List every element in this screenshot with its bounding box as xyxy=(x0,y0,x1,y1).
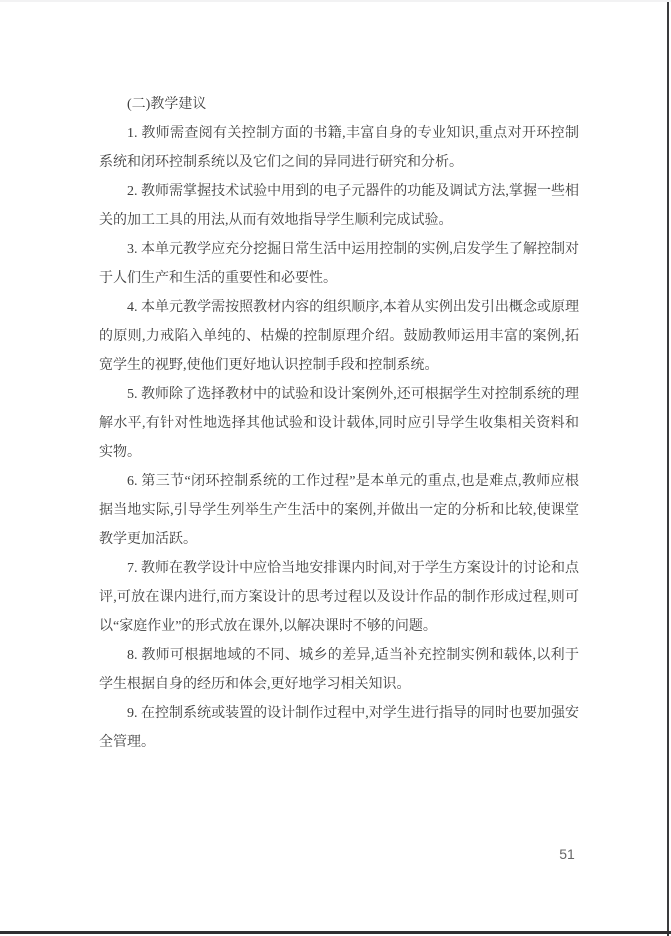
scan-edge-bottom xyxy=(0,931,671,934)
page-number: 51 xyxy=(553,846,581,862)
text-block: (二)教学建议 1. 教师需查阅有关控制方面的书籍,丰富自身的专业知识,重点对开… xyxy=(99,90,579,757)
paragraph: 2. 教师需掌握技术试验中用到的电子元器件的功能及调试方法,掌握一些相关的加工工… xyxy=(99,177,579,235)
paragraph-list: 1. 教师需查阅有关控制方面的书籍,丰富自身的专业知识,重点对开环控制系统和闭环… xyxy=(99,119,579,757)
document-page: (二)教学建议 1. 教师需查阅有关控制方面的书籍,丰富自身的专业知识,重点对开… xyxy=(0,0,671,936)
section-heading: (二)教学建议 xyxy=(99,90,579,119)
paragraph: 1. 教师需查阅有关控制方面的书籍,丰富自身的专业知识,重点对开环控制系统和闭环… xyxy=(99,119,579,177)
paragraph: 4. 本单元教学需按照教材内容的组织顺序,本着从实例出发引出概念或原理的原则,力… xyxy=(99,293,579,380)
paragraph: 7. 教师在教学设计中应恰当地安排课内时间,对于学生方案设计的讨论和点评,可放在… xyxy=(99,554,579,641)
scan-edge-right xyxy=(667,2,669,936)
paragraph: 9. 在控制系统或装置的设计制作过程中,对学生进行指导的同时也要加强安全管理。 xyxy=(99,699,579,757)
paragraph: 8. 教师可根据地域的不同、城乡的差异,适当补充控制实例和载体,以利于学生根据自… xyxy=(99,641,579,699)
paragraph: 5. 教师除了选择教材中的试验和设计案例外,还可根据学生对控制系统的理解水平,有… xyxy=(99,380,579,467)
paragraph: 3. 本单元教学应充分挖掘日常生活中运用控制的实例,启发学生了解控制对于人们生产… xyxy=(99,235,579,293)
paragraph: 6. 第三节“闭环控制系统的工作过程”是本单元的重点,也是难点,教师应根据当地实… xyxy=(99,467,579,554)
